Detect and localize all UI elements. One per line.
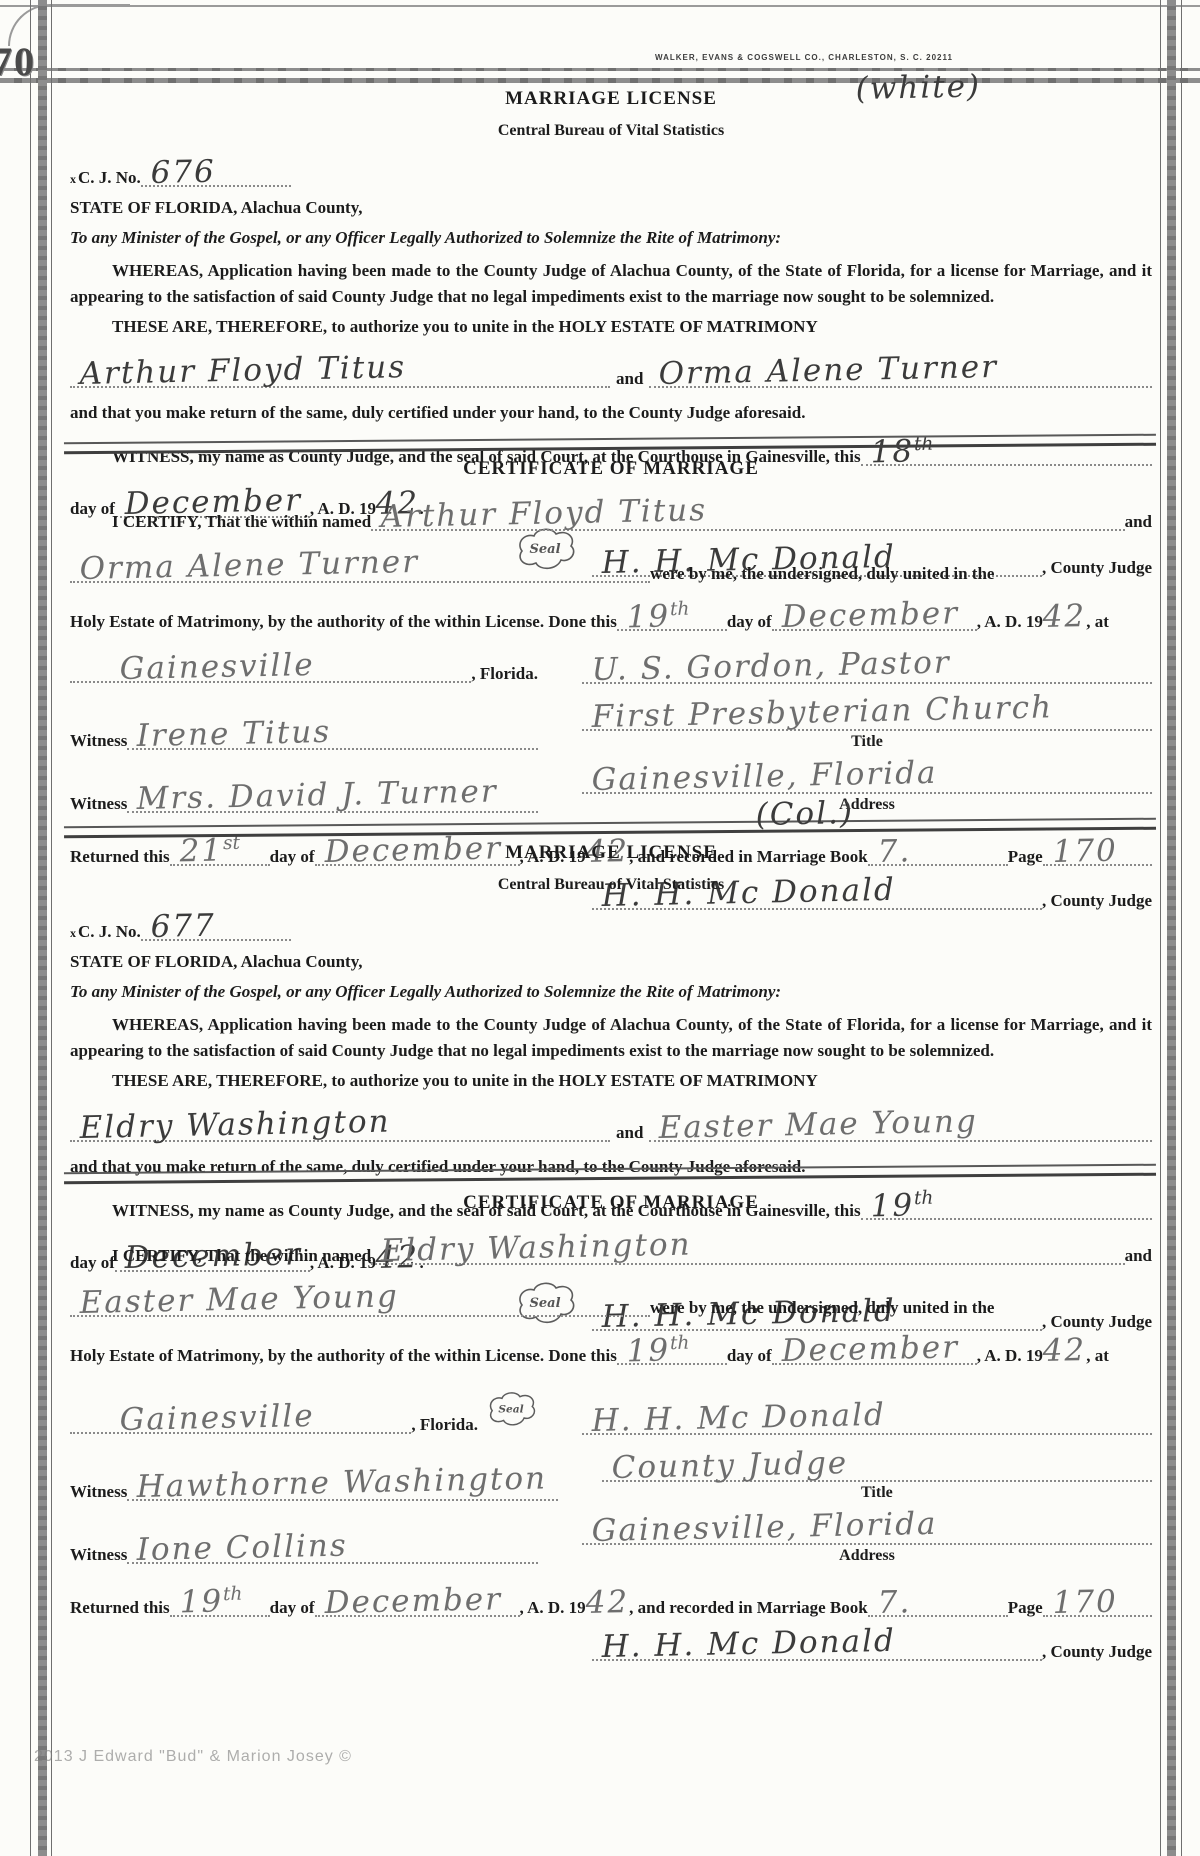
certificate-title-2: CERTIFICATE OF MARRIAGE: [70, 1192, 1152, 1214]
left-thin-rule-2: [51, 0, 52, 1856]
bride-name: Orma Alene Turner: [659, 352, 999, 390]
right-thin-rule: [1160, 0, 1161, 1856]
officiant-line2: First Presbyterian Church: [591, 693, 1053, 734]
officiant-line2-2: County Judge: [611, 1448, 848, 1484]
left-band-rule: [38, 0, 47, 1856]
at-label: , at: [1086, 612, 1109, 632]
witness1-blank-2: Hawthorne Washington: [127, 1472, 557, 1501]
race-annotation-white: (white): [855, 71, 981, 105]
certify-line-2: I CERTIFY, That the within named Eldry W…: [70, 1236, 1152, 1266]
bride-name-blank: Orma Alene Turner: [649, 359, 1152, 388]
place-value-2: Gainesville: [119, 1401, 315, 1436]
certificate-section-record2: CERTIFICATE OF MARRIAGE I CERTIFY, That …: [70, 1192, 1152, 1662]
top-edge-rule: [0, 5, 1200, 7]
copyright-watermark: 2013 J Edward "Bud" & Marion Josey ©: [34, 1748, 594, 1766]
bureau-subtitle-2: Central Bureau of Vital Statistics: [70, 876, 1152, 894]
title-label: Title: [582, 733, 1152, 751]
seal-doodle-3: Seal: [484, 1388, 538, 1430]
clerk-check-mark: x: [70, 172, 76, 187]
witness2-col: Witness Mrs. David J. Turner: [70, 784, 538, 814]
address-col: Gainesville, Florida Address: [582, 765, 1152, 814]
officiant-line1: U. S. Gordon, Pastor: [591, 648, 951, 687]
witness2-address-row: Witness Mrs. David J. Turner Gainesville…: [70, 765, 1152, 814]
holy-estate-line-2: Holy Estate of Matrimony, by the authori…: [70, 1336, 1152, 1366]
left-thin-rule: [30, 0, 31, 1856]
clerk-check-mark-2: x: [70, 926, 76, 941]
officiant-col-2: H. H. Mc Donald: [582, 1406, 1152, 1435]
returned-day-2: 19th: [179, 1586, 243, 1619]
certify-line: I CERTIFY, That the within named Arthur …: [70, 502, 1152, 532]
officiant-line2-blank-2: County Judge: [602, 1453, 1152, 1482]
witness2-blank: Mrs. David J. Turner: [127, 784, 538, 813]
cert-judge-signature-2: H. H. Mc Donald: [601, 1626, 896, 1663]
address-blank: Gainesville, Florida: [582, 765, 1152, 794]
cj-no-blank-2: 677: [141, 912, 291, 941]
bureau-subtitle: Central Bureau of Vital Statistics: [70, 122, 1152, 140]
couple-names-line-2: Eldry Washington and Easter Mae Young: [70, 1113, 1152, 1143]
book-page-value-2: 170: [1052, 1586, 1118, 1618]
cert-judge-signature-blank-2: H. H. Mc Donald: [592, 1632, 1042, 1661]
cj-no-value-2: 677: [150, 911, 216, 943]
groom-name-blank-2: Eldry Washington: [70, 1113, 610, 1142]
cert-bride-blank: Orma Alene Turner: [70, 554, 650, 583]
place-officiant-row-2: Gainesville , Florida. Seal H. H. Mc Don…: [70, 1388, 1152, 1435]
witness1-col-2: Witness Hawthorne Washington: [70, 1472, 558, 1502]
bride-name-blank-2: Easter Mae Young: [649, 1113, 1152, 1142]
done-day-blank-2: 19th: [617, 1336, 727, 1365]
groom-name: Arthur Floyd Titus: [79, 352, 406, 390]
done-day-2: 19th: [626, 1335, 690, 1368]
witness1-blank: Irene Titus: [127, 721, 538, 750]
cj-number-line: x C. J. No. 676: [70, 158, 1152, 188]
done-month-2: December: [781, 1333, 959, 1368]
place-col-2: Gainesville , Florida. Seal: [70, 1388, 538, 1435]
page-number: 70: [0, 38, 36, 85]
certificate-title: CERTIFICATE OF MARRIAGE: [70, 458, 1152, 480]
witness2-address-row-2: Witness Ione Collins Gainesville, Florid…: [70, 1516, 1152, 1565]
witness1-name: Irene Titus: [137, 717, 332, 752]
book-page-blank-2: 170: [1043, 1588, 1152, 1617]
done-day-blank: 19th: [617, 602, 727, 631]
witness2-blank-2: Ione Collins: [127, 1535, 538, 1564]
address-value-2: Gainesville, Florida: [591, 1509, 937, 1547]
cert-groom-blank-2: Eldry Washington: [371, 1236, 1124, 1265]
done-month-blank: December: [772, 602, 977, 631]
address-col-2: Gainesville, Florida Address: [582, 1516, 1152, 1565]
returned-year-2: 42: [585, 1587, 629, 1619]
returned-day-blank-2: 19th: [170, 1587, 270, 1616]
and-label: and: [610, 369, 649, 389]
officiant-line1-blank-2: H. H. Mc Donald: [582, 1406, 1152, 1435]
bride-name-2: Easter Mae Young: [659, 1106, 979, 1144]
license-title: MARRIAGE LICENSE: [70, 88, 1152, 110]
cert-bride-name-2: Easter Mae Young: [79, 1281, 399, 1319]
cert-bride-name: Orma Alene Turner: [79, 547, 419, 585]
these-are-clause-2: THESE ARE, THEREFORE, to authorize you t…: [70, 1071, 1152, 1091]
title-col: First Presbyterian Church Title: [582, 702, 1152, 751]
salutation-line-2: To any Minister of the Gospel, or any Of…: [70, 982, 1152, 1002]
cert-groom-blank: Arthur Floyd Titus: [371, 502, 1124, 531]
cj-no-blank: 676: [141, 158, 291, 187]
florida-label: , Florida.: [471, 664, 538, 684]
whereas-clause-2: WHEREAS, Application having been made to…: [70, 1012, 1152, 1065]
witness-label: Witness: [70, 731, 127, 751]
cert-groom-name-2: Eldry Washington: [381, 1229, 693, 1267]
state-line-2: STATE OF FLORIDA, Alachua County,: [70, 952, 1152, 972]
place-blank: Gainesville: [70, 654, 471, 683]
address-blank-2: Gainesville, Florida: [582, 1516, 1152, 1545]
whereas-clause: WHEREAS, Application having been made to…: [70, 258, 1152, 311]
done-year-2: 42: [1042, 1335, 1086, 1367]
groom-name-blank: Arthur Floyd Titus: [70, 359, 610, 388]
done-month: December: [781, 599, 959, 634]
cert-bride-blank-2: Easter Mae Young: [70, 1288, 650, 1317]
cert-signature-row-2: H. H. Mc Donald , County Judge: [70, 1632, 1152, 1662]
state-line: STATE OF FLORIDA, Alachua County,: [70, 198, 1152, 218]
witness2-name-2: Ione Collins: [137, 1531, 349, 1566]
right-thin-rule-2: [1181, 0, 1182, 1856]
certify-label: I CERTIFY, That the within named: [70, 512, 371, 532]
salutation-line: To any Minister of the Gospel, or any Of…: [70, 228, 1152, 248]
done-day: 19th: [626, 601, 690, 634]
returned-line-2: Returned this 19th day of December , A. …: [70, 1587, 1152, 1617]
cert-bride-line-2: Easter Mae Young were by me, the undersi…: [70, 1288, 1152, 1318]
couple-names-line: Arthur Floyd Titus and Orma Alene Turner: [70, 359, 1152, 389]
cj-number-line-2: x C. J. No. 677: [70, 912, 1152, 942]
top-double-rule-1: [0, 68, 1200, 71]
cj-no-label: C. J. No.: [78, 168, 141, 188]
witness1-name-2: Hawthorne Washington: [137, 1464, 548, 1504]
book-blank-2: 7.: [868, 1588, 1008, 1617]
return-clause: and that you make return of the same, du…: [70, 403, 1152, 423]
cj-no-value: 676: [150, 157, 216, 189]
title-col-2: County Judge Title: [602, 1453, 1152, 1502]
officiant-line1-blank: U. S. Gordon, Pastor: [582, 655, 1152, 684]
these-are-clause: THESE ARE, THEREFORE, to authorize you t…: [70, 317, 1152, 337]
race-annotation-col: (Col.): [755, 798, 854, 831]
returned-month-2: December: [324, 1584, 502, 1619]
svg-text:Seal: Seal: [498, 1403, 523, 1416]
place-blank-2: Gainesville: [70, 1405, 411, 1434]
holy-estate-clause: Holy Estate of Matrimony, by the authori…: [70, 612, 617, 632]
place-officiant-row: Gainesville , Florida. U. S. Gordon, Pas…: [70, 654, 1152, 684]
place-col: Gainesville , Florida.: [70, 654, 538, 684]
witness1-title-row-2: Witness Hawthorne Washington County Judg…: [70, 1453, 1152, 1502]
printer-mark: WALKER, EVANS & COGSWELL CO., CHARLESTON…: [655, 53, 953, 62]
place-value: Gainesville: [119, 650, 315, 685]
done-year: 42: [1042, 601, 1086, 633]
were-by-label: were by me, the undersigned, duly united…: [650, 564, 994, 584]
witness1-title-row: Witness Irene Titus First Presbyterian C…: [70, 702, 1152, 751]
witness2-name: Mrs. David J. Turner: [137, 777, 499, 816]
license-title-2: MARRIAGE LICENSE: [70, 842, 1152, 864]
done-month-blank-2: December: [772, 1336, 977, 1365]
right-band-rule: [1167, 0, 1176, 1856]
scanned-register-page: 70 WALKER, EVANS & COGSWELL CO., CHARLES…: [0, 0, 1200, 1856]
returned-month-blank-2: December: [315, 1588, 520, 1617]
groom-name-2: Eldry Washington: [79, 1106, 391, 1144]
officiant-line1-2: H. H. Mc Donald: [591, 1400, 886, 1437]
witness1-col: Witness Irene Titus: [70, 721, 538, 751]
officiant-line2-blank: First Presbyterian Church: [582, 702, 1152, 731]
witness2-col-2: Witness Ione Collins: [70, 1535, 538, 1565]
address-value: Gainesville, Florida: [591, 758, 937, 796]
book-value-2: 7.: [877, 1587, 911, 1619]
holy-estate-line: Holy Estate of Matrimony, by the authori…: [70, 602, 1152, 632]
top-double-rule-2: [0, 78, 1200, 83]
cert-bride-line: Orma Alene Turner were by me, the unders…: [70, 554, 1152, 584]
address-label: Address: [582, 796, 1152, 814]
cert-groom-name: Arthur Floyd Titus: [381, 495, 708, 533]
officiant-col: U. S. Gordon, Pastor: [582, 655, 1152, 684]
